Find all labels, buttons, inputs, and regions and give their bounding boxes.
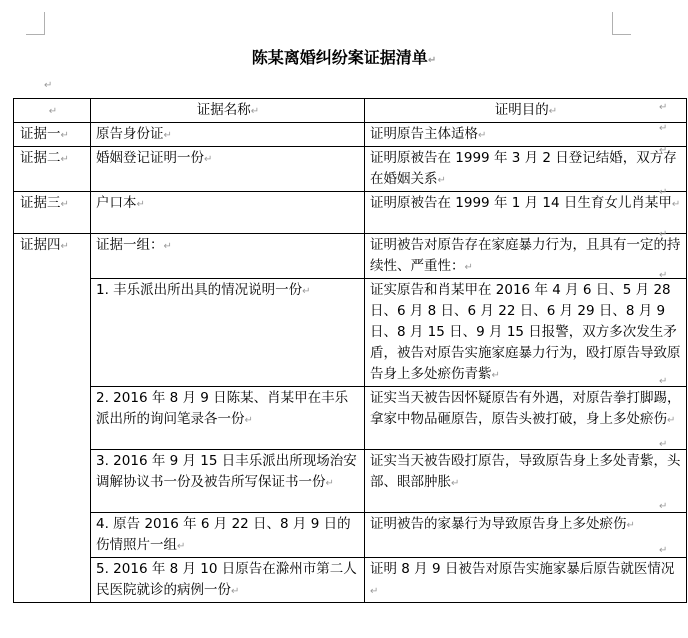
paragraph-mark-icon: ↵	[61, 154, 69, 165]
paragraph-mark-icon: ↵	[61, 241, 69, 252]
table-row: 证据二↵ 婚姻登记证明一份↵ 证明原被告在 1999 年 3 月 2 日登记结婚…	[14, 147, 687, 192]
evidence-name-cell[interactable]: 2. 2016 年 8 月 9 日陈某、肖某甲在丰乐派出所的询问笔录各一份↵	[91, 387, 365, 450]
evidence-purpose-cell[interactable]: 证实当天被告殴打原告，导致原告身上多处青紫，头部、眼部肿胀↵	[365, 450, 687, 513]
paragraph-mark-icon: ↵	[672, 199, 680, 210]
paragraph-mark-icon: ↵	[204, 154, 212, 165]
evidence-label-cell[interactable]: 证据一↵	[14, 123, 91, 147]
evidence-name-cell[interactable]: 4. 原告 2016 年 6 月 22 日、8 月 9 日的伤情照片一组↵	[91, 513, 365, 558]
paragraph-mark-icon: ↵	[302, 286, 310, 297]
paragraph-mark-icon: ↵	[667, 415, 675, 426]
table-header-row: ↵ 证据名称↵ 证明目的↵	[14, 99, 687, 123]
evidence-label-cell[interactable]: 证据二↵	[14, 147, 91, 192]
table-row: 3. 2016 年 9 月 15 日丰乐派出所现场治安调解协议书一份及被告所写保…	[14, 450, 687, 513]
paragraph-mark-icon: ↵	[164, 241, 172, 252]
paragraph-mark-icon: ↵	[627, 520, 635, 531]
evidence-table: ↵ 证据名称↵ 证明目的↵ 证据一↵ 原告身份证↵ 证明原告主体适格↵ 证据二↵…	[13, 98, 687, 603]
paragraph-mark-icon: ↵	[137, 199, 145, 210]
evidence-name-cell[interactable]: 3. 2016 年 9 月 15 日丰乐派出所现场治安调解协议书一份及被告所写保…	[91, 450, 365, 513]
row-end-mark-icon: ↵	[659, 102, 667, 113]
row-end-mark-icon: ↵	[659, 123, 667, 134]
evidence-name-cell[interactable]: 证据一组：↵	[91, 234, 365, 279]
row-end-mark-icon: ↵	[659, 501, 667, 512]
row-end-mark-icon: ↵	[659, 270, 667, 281]
row-end-mark-icon: ↵	[659, 376, 667, 387]
table-row: 证据三↵ 户口本↵ 证明原被告在 1999 年 1 月 14 日生育女儿肖某甲↵	[14, 192, 687, 234]
table-row: 5. 2016 年 8 月 10 日原告在滁州市第二人民医院就诊的病例一份↵ 证…	[14, 558, 687, 603]
paragraph-mark-icon: ↵	[438, 175, 446, 186]
page-corner-mark-top-left	[26, 12, 45, 35]
evidence-purpose-cell[interactable]: 证明原被告在 1999 年 3 月 2 日登记结婚，双方存在婚姻关系↵	[365, 147, 687, 192]
row-end-mark-icon: ↵	[659, 545, 667, 556]
table-row: 4. 原告 2016 年 6 月 22 日、8 月 9 日的伤情照片一组↵ 证明…	[14, 513, 687, 558]
document-title[interactable]: 陈某离婚纠纷案证据清单↵	[0, 45, 688, 68]
paragraph-mark-icon: ↵	[231, 586, 239, 597]
paragraph-mark-icon: ↵	[549, 106, 557, 117]
evidence-purpose-cell[interactable]: 证实当天被告因怀疑原告有外遇，对原告拳打脚踢，拿家中物品砸原告，原告头被打破，身…	[365, 387, 687, 450]
evidence-purpose-cell[interactable]: 证明被告对原告存在家庭暴力行为，且具有一定的持续性、严重性：↵	[365, 234, 687, 279]
table-row: 1. 丰乐派出所出具的情况说明一份↵ 证实原告和肖某甲在 2016 年 4 月 …	[14, 279, 687, 387]
evidence-purpose-cell[interactable]: 证明 8 月 9 日被告对原告实施家暴后原告就医情况↵	[365, 558, 687, 603]
evidence-label-cell[interactable]: 证据三↵	[14, 192, 91, 234]
paragraph-mark-icon: ↵	[164, 130, 172, 141]
paragraph-mark-icon: ↵	[61, 199, 69, 210]
paragraph-mark-icon: ↵	[492, 370, 500, 381]
evidence-name-cell[interactable]: 5. 2016 年 8 月 10 日原告在滁州市第二人民医院就诊的病例一份↵	[91, 558, 365, 603]
row-end-mark-icon: ↵	[659, 145, 667, 156]
evidence-name-cell[interactable]: 1. 丰乐派出所出具的情况说明一份↵	[91, 279, 365, 387]
table-row: 证据四↵ 证据一组：↵ 证明被告对原告存在家庭暴力行为，且具有一定的持续性、严重…	[14, 234, 687, 279]
evidence-purpose-cell[interactable]: 证明原告主体适格↵	[365, 123, 687, 147]
paragraph-mark-icon: ↵	[465, 262, 473, 273]
evidence-purpose-cell[interactable]: 证实原告和肖某甲在 2016 年 4 月 6 日、5 月 28 日、6 月 8 …	[365, 279, 687, 387]
document-title-text: 陈某离婚纠纷案证据清单	[252, 48, 428, 67]
paragraph-mark-icon: ↵	[370, 586, 378, 597]
page-corner-mark-top-right	[612, 12, 631, 35]
paragraph-mark-icon: ↵	[49, 106, 57, 117]
paragraph-mark-icon: ↵	[251, 106, 259, 117]
evidence-purpose-cell[interactable]: 证明被告的家暴行为导致原告身上多处瘀伤↵	[365, 513, 687, 558]
paragraph-mark-icon: ↵	[428, 55, 436, 66]
paragraph-mark-icon: ↵	[61, 130, 69, 141]
evidence-name-cell[interactable]: 婚姻登记证明一份↵	[91, 147, 365, 192]
evidence-purpose-cell[interactable]: 证明原被告在 1999 年 1 月 14 日生育女儿肖某甲↵	[365, 192, 687, 234]
paragraph-mark-icon: ↵	[245, 415, 253, 426]
row-end-mark-icon: ↵	[659, 439, 667, 450]
table-row: 证据一↵ 原告身份证↵ 证明原告主体适格↵	[14, 123, 687, 147]
evidence-name-cell[interactable]: 户口本↵	[91, 192, 365, 234]
evidence-name-cell[interactable]: 原告身份证↵	[91, 123, 365, 147]
table-row: 2. 2016 年 8 月 9 日陈某、肖某甲在丰乐派出所的询问笔录各一份↵ 证…	[14, 387, 687, 450]
header-cell-name[interactable]: 证据名称↵	[91, 99, 365, 123]
evidence-label-cell[interactable]: 证据四↵	[14, 234, 91, 603]
paragraph-mark-icon: ↵	[451, 478, 459, 489]
header-cell-purpose[interactable]: 证明目的↵	[365, 99, 687, 123]
empty-paragraph[interactable]: ↵	[44, 80, 52, 91]
row-end-mark-icon: ↵	[659, 229, 667, 240]
row-end-mark-icon: ↵	[659, 187, 667, 198]
paragraph-mark-icon: ↵	[177, 541, 185, 552]
header-cell-label[interactable]: ↵	[14, 99, 91, 123]
paragraph-mark-icon: ↵	[478, 130, 486, 141]
paragraph-mark-icon: ↵	[326, 478, 334, 489]
